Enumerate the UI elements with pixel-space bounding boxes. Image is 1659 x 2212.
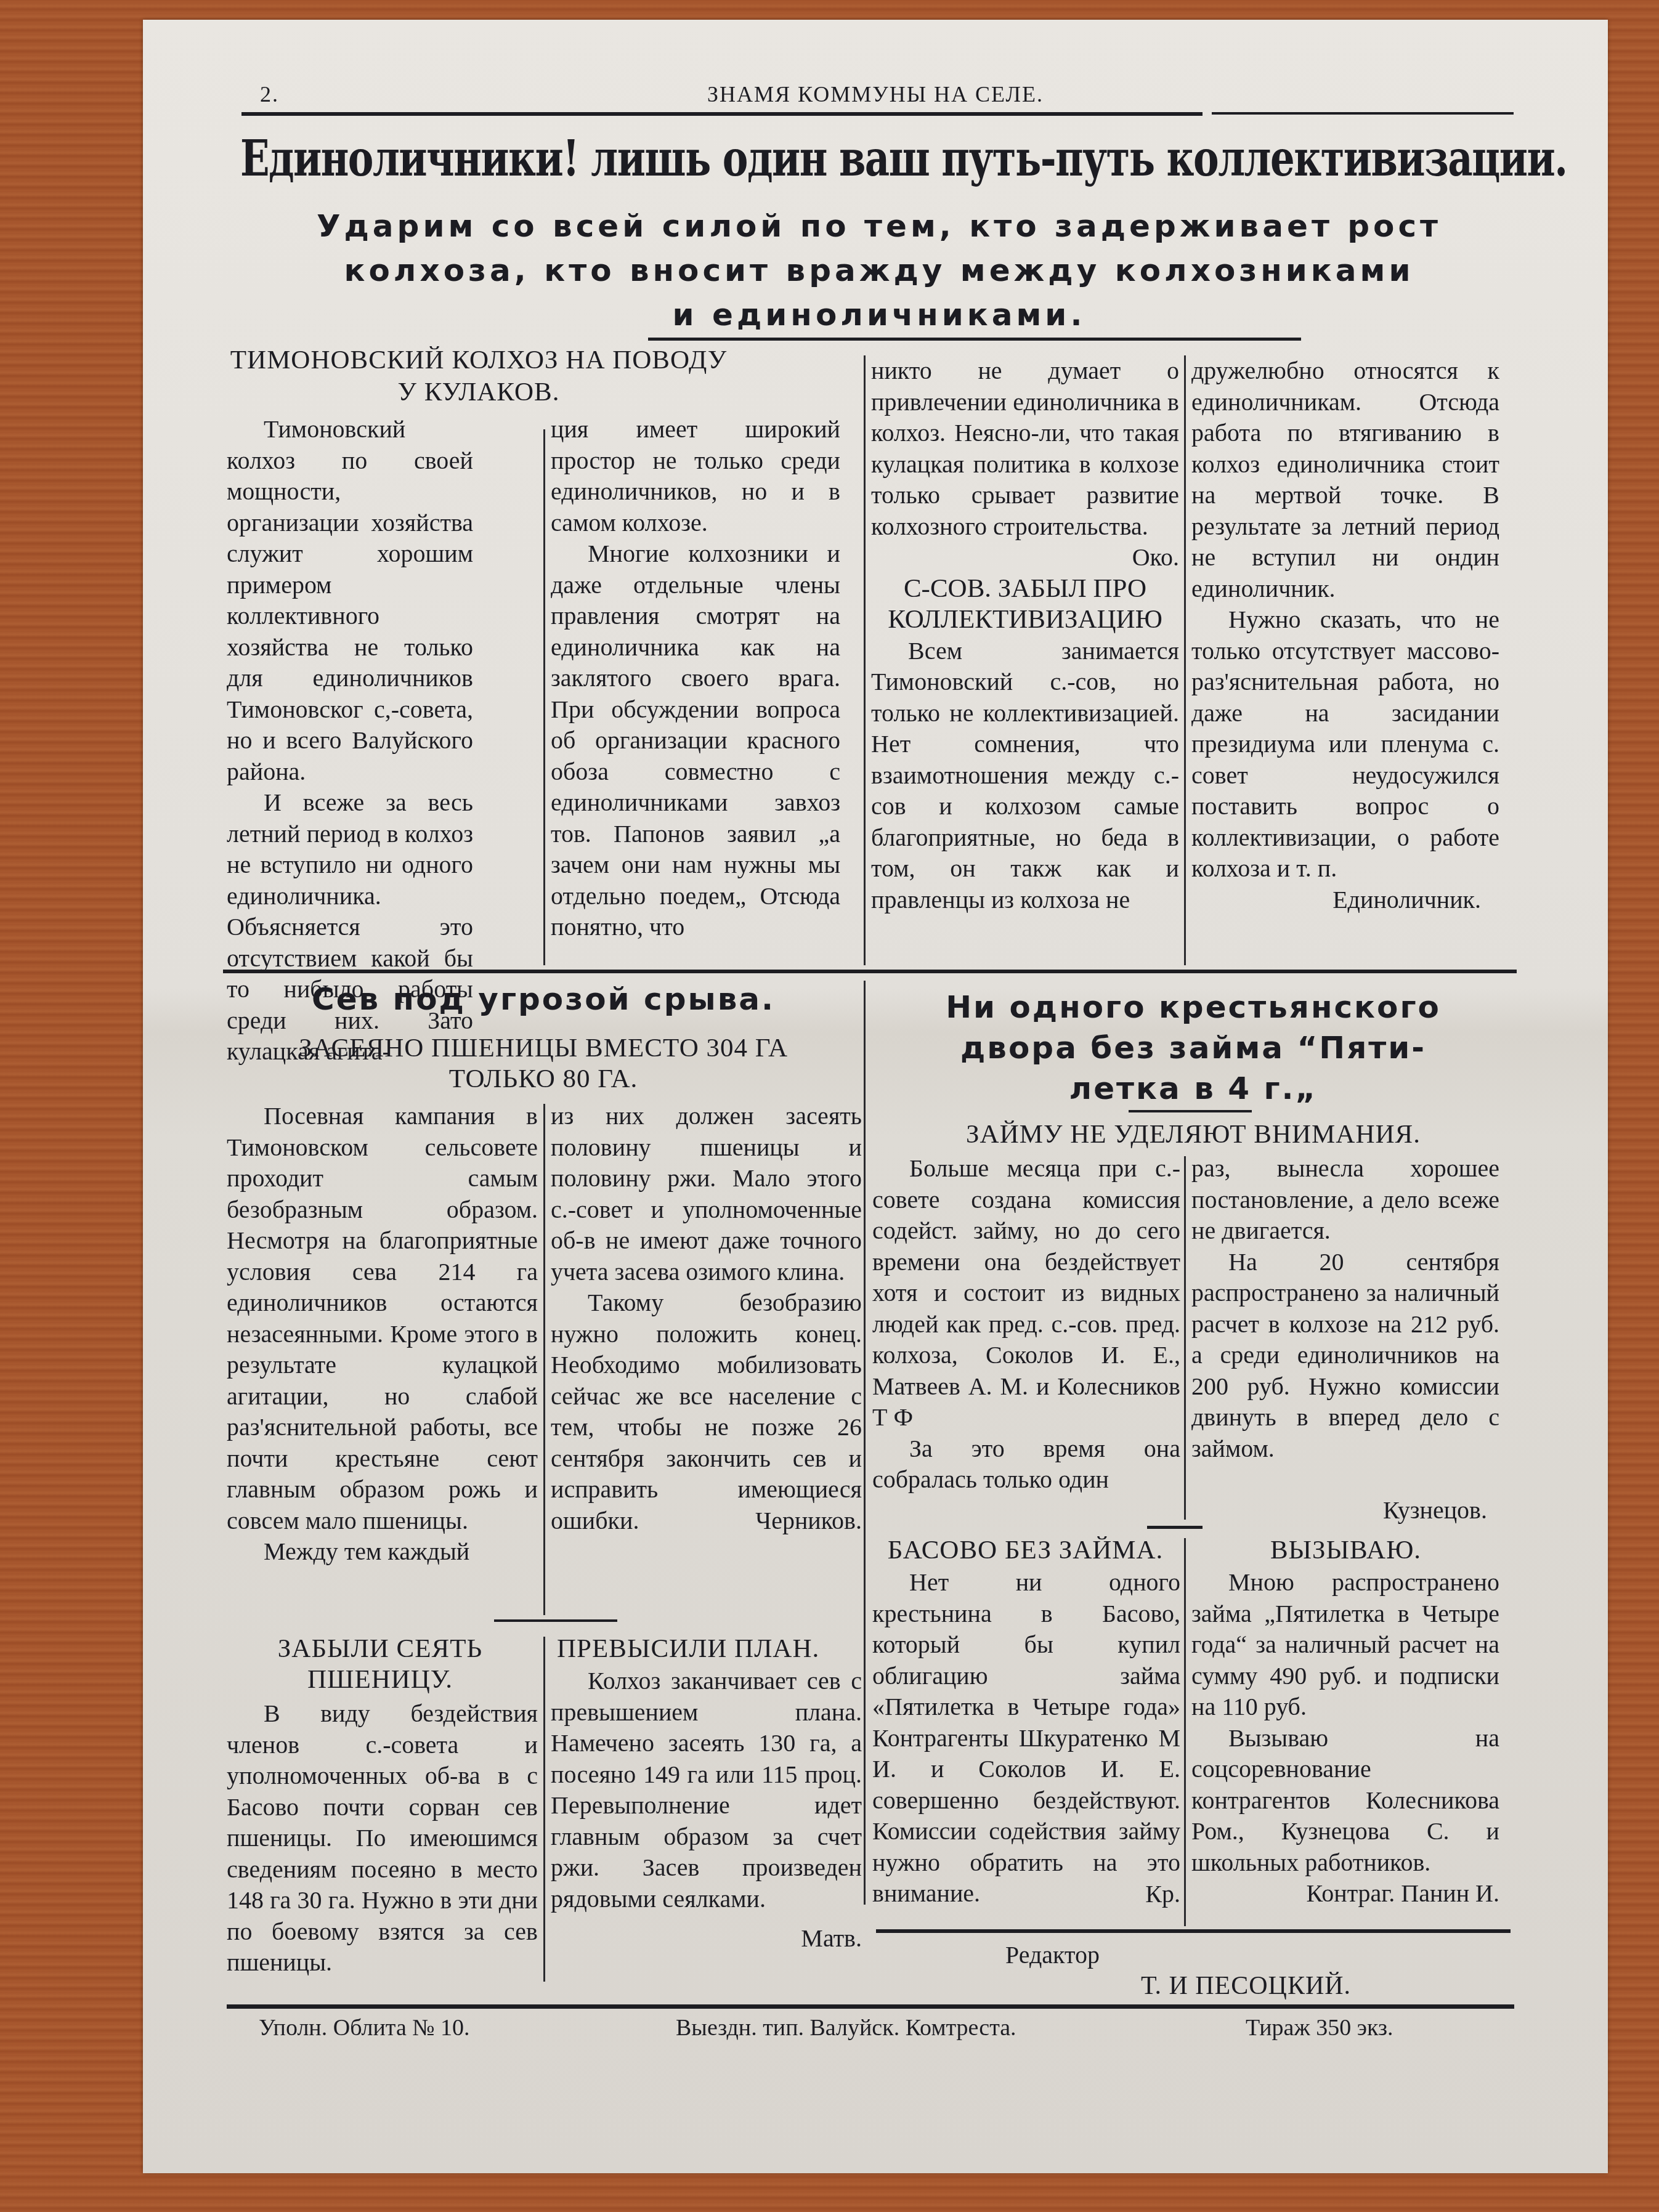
signature: Контраг. Панин И. — [1191, 1878, 1499, 1910]
basovo-title: БАСОВО БЕЗ ЗАЙМА. — [870, 1535, 1181, 1566]
paragraph: Посевная кампания в Тимоновском сельсове… — [227, 1101, 538, 1536]
column-divider — [543, 1637, 545, 1982]
paragraph: В виду бездействия членов с.-совета и уп… — [227, 1698, 538, 1979]
signature: Матв. — [551, 1923, 862, 1955]
article-title-timonovsky-1: ТИМОНОВСКИЙ КОЛХОЗ НА ПОВОДУ — [223, 345, 734, 376]
paragraph: никто не думает о привлечении единолични… — [871, 355, 1179, 542]
footer-censor: Уполн. Облита № 10. — [259, 2014, 470, 2041]
signature: Око. — [871, 542, 1179, 573]
short-rule — [1147, 1526, 1203, 1529]
banner-subhead-line2: колхоза, кто вносит вражду между колхозн… — [229, 249, 1529, 292]
zaem-col1: Больше месяца при с.-совете создана коми… — [872, 1153, 1180, 1496]
paragraph: Нужно сказать, что не только отсутствует… — [1191, 604, 1499, 885]
article-title-timonovsky-2: У КУЛАКОВ. — [223, 377, 734, 408]
sev-headline: Сев под угрозой срыва. — [223, 984, 864, 1015]
column-divider — [1184, 1156, 1186, 1520]
short-rule — [494, 1619, 617, 1622]
basovo-body: Нет ни одного крестьнина в Басово, котор… — [872, 1567, 1180, 1910]
masthead-rule-right — [1212, 112, 1514, 115]
paragraph: дружелюбно относятся к единоличникам. От… — [1191, 355, 1499, 604]
footer-rule — [227, 2004, 1514, 2009]
paragraph: Вызываю на соцсоревнование контрагентов … — [1191, 1723, 1499, 1879]
timonovsky-col3: никто не думает о привлечении единолични… — [871, 355, 1179, 915]
paragraph: Всем занимается Тимоновский с.-сов, но т… — [871, 636, 1179, 916]
short-rule — [1129, 1110, 1252, 1112]
sev-col1: Посевная кампания в Тимоновском сельсове… — [227, 1101, 538, 1568]
paragraph: И всеже за весь летний период в колхоз н… — [227, 787, 473, 1068]
editor-label: Редактор — [1005, 1940, 1100, 1969]
newspaper-page: 2. ЗНАМЯ КОММУНЫ НА СЕЛЕ. Единоличники! … — [143, 20, 1608, 2173]
article-title-ssov-1: С-СОВ. ЗАБЫЛ ПРО — [871, 573, 1179, 605]
paragraph: Нет ни одного крестьнина в Басово, котор… — [872, 1567, 1180, 1910]
banner-headline: Единоличники! лишь один ваш путь-путь ко… — [240, 129, 1567, 187]
column-divider — [864, 355, 866, 965]
footer-printer: Выездн. тип. Валуйск. Комтреста. — [676, 2014, 1016, 2041]
column-divider — [543, 429, 545, 965]
vyzyvayu-body: Мною распространено займа „Пятилетка в Ч… — [1191, 1567, 1499, 1910]
column-divider — [1184, 355, 1186, 965]
ssov-col4: дружелюбно относятся к единоличникам. От… — [1191, 355, 1499, 915]
paragraph: Такому безобразию нужно положить конец. … — [551, 1287, 862, 1536]
footer-circulation: Тираж 350 экз. — [1246, 2014, 1393, 2041]
zabyli-title-2: ПШЕНИЦУ. — [223, 1664, 537, 1695]
signature: Единоличник. — [1191, 885, 1499, 916]
banner-subhead-line3: и единоличниками. — [229, 293, 1529, 336]
article-title-ssov-2: КОЛЛЕКТИВИЗАЦИЮ — [871, 604, 1179, 636]
paragraph: Тимоновский колхоз по своей мощности, ор… — [227, 414, 473, 787]
banner-rule — [648, 338, 1301, 341]
editor-name: Т. И ПЕСОЦКИЙ. — [1141, 1971, 1351, 2001]
zaem-col2: раз, вынесла хорошее постановление, а де… — [1191, 1153, 1499, 1526]
column-divider — [1184, 1538, 1186, 1926]
column-divider — [543, 1104, 545, 1615]
column-divider — [864, 981, 866, 1905]
zaem-title: ЗАЙМУ НЕ УДЕЛЯЮТ ВНИМАНИЯ. — [870, 1119, 1517, 1150]
zaem-headline-1: Ни одного крестьянского — [870, 987, 1517, 1027]
zaem-headline-3: летка в 4 г.„ — [870, 1068, 1517, 1109]
paragraph: из них должен засеять половину пшеницы и… — [551, 1101, 862, 1287]
paragraph: За это время она собралась только один — [872, 1433, 1180, 1496]
section-rule — [223, 970, 1517, 973]
signature: Кузнецов. — [1191, 1495, 1499, 1526]
editor-rule — [876, 1929, 1511, 1933]
paragraph: Многие колхозники и даже отдельные члены… — [551, 538, 840, 943]
paragraph: ция имеет широкий простор не только сред… — [551, 414, 840, 538]
vyzyvayu-title: ВЫЗЫВАЮ. — [1190, 1535, 1501, 1566]
banner-subhead-line1: Ударим со всей силой по тем, кто задержи… — [229, 205, 1529, 248]
timonovsky-col2: ция имеет широкий простор не только сред… — [551, 414, 840, 943]
zabyli-body: В виду бездействия членов с.-совета и уп… — [227, 1698, 538, 1979]
prevysili-title: ПРЕВЫСИЛИ ПЛАН. — [551, 1634, 868, 1664]
masthead-rule — [241, 112, 1203, 116]
paragraph: Больше месяца при с.-совете создана коми… — [872, 1153, 1180, 1433]
sev-title-2: ТОЛЬКО 80 ГА. — [223, 1064, 864, 1095]
paragraph: Мною распространено займа „Пятилетка в Ч… — [1191, 1567, 1499, 1723]
sev-col2: из них должен засеять половину пшеницы и… — [551, 1101, 862, 1537]
sev-title-1: ЗАСЕЯНО ПШЕНИЦЫ ВМЕСТО 304 ГА — [223, 1033, 864, 1064]
prevysili-body: Колхоз заканчивает сев с превышением пла… — [551, 1666, 862, 1955]
paragraph: На 20 сентября распространено за наличны… — [1191, 1247, 1499, 1465]
zaem-headline-2: двора без займа “Пяти- — [870, 1027, 1517, 1068]
zabyli-title-1: ЗАБЫЛИ СЕЯТЬ — [223, 1634, 537, 1664]
paragraph: Между тем каждый — [227, 1536, 538, 1568]
paragraph: Колхоз заканчивает сев с превышением пла… — [551, 1666, 862, 1914]
newspaper-title: ЗНАМЯ КОММУНЫ НА СЕЛЕ. — [143, 81, 1608, 107]
paragraph: раз, вынесла хорошее постановление, а де… — [1191, 1153, 1499, 1247]
